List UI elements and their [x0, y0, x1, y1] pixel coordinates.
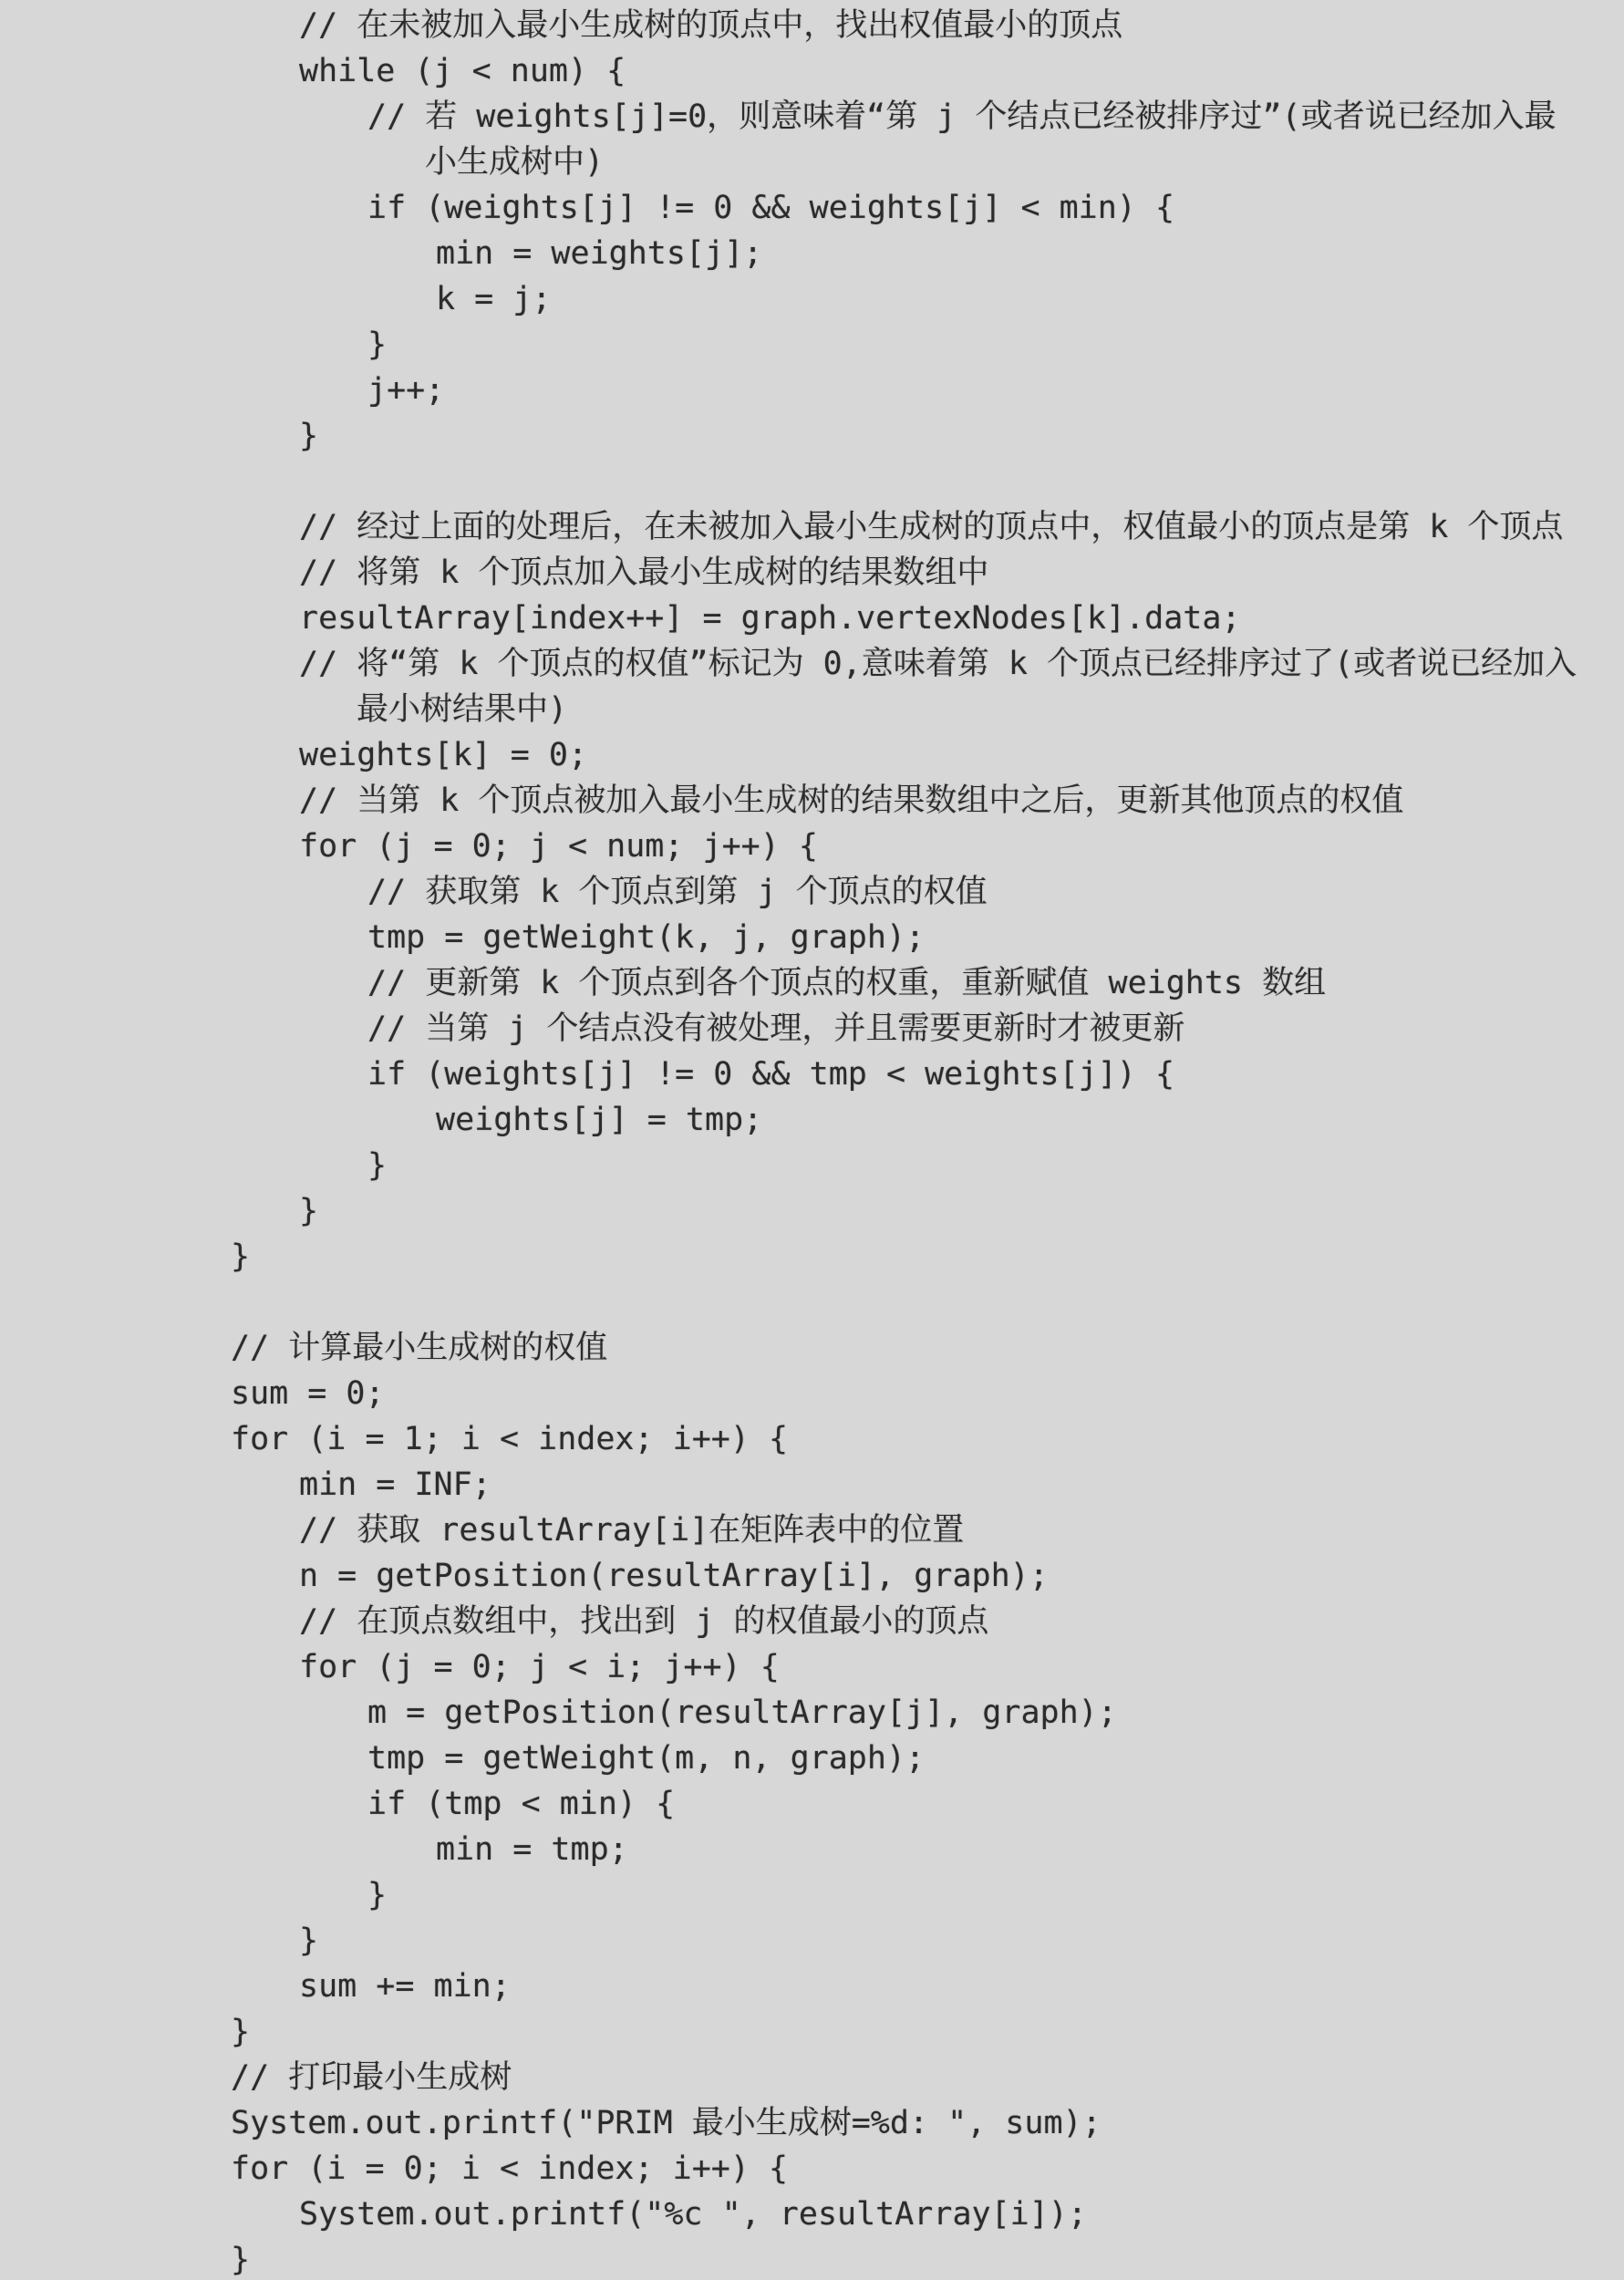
code-line: // 将第 k 个顶点加入最小生成树的结果数组中 — [0, 550, 1624, 596]
code-line: // 更新第 k 个顶点到各个顶点的权重，重新赋值 weights 数组 — [0, 960, 1624, 1006]
code-line: } — [0, 1918, 1624, 1964]
code-line: } — [0, 1143, 1624, 1188]
code-line: if (weights[j] != 0 && weights[j] < min)… — [0, 185, 1624, 231]
code-line: // 当第 k 个顶点被加入最小生成树的结果数组中之后，更新其他顶点的权值 — [0, 778, 1624, 824]
code-line: System.out.printf("PRIM 最小生成树=%d: ", sum… — [0, 2100, 1624, 2146]
code-line: m = getPosition(resultArray[j], graph); — [0, 1690, 1624, 1736]
code-line: // 若 weights[j]=0，则意味着“第 j 个结点已经被排序过”(或者… — [0, 94, 1624, 140]
code-line: k = j; — [0, 276, 1624, 322]
code-line: weights[j] = tmp; — [0, 1097, 1624, 1143]
code-line: min = tmp; — [0, 1827, 1624, 1872]
code-line: // 在顶点数组中，找出到 j 的权值最小的顶点 — [0, 1599, 1624, 1644]
code-line: // 计算最小生成树的权值 — [0, 1325, 1624, 1371]
code-page: // 在未被加入最小生成树的顶点中，找出权值最小的顶点while (j < nu… — [0, 0, 1624, 2280]
code-line: resultArray[index++] = graph.vertexNodes… — [0, 596, 1624, 641]
code-line: // 经过上面的处理后，在未被加入最小生成树的顶点中，权值最小的顶点是第 k 个… — [0, 504, 1624, 550]
code-line: // 获取第 k 个顶点到第 j 个顶点的权值 — [0, 869, 1624, 915]
code-line: // 将“第 k 个顶点的权值”标记为 0,意味着第 k 个顶点已经排序过了(或… — [0, 641, 1624, 687]
code-line: } — [0, 2237, 1624, 2280]
code-listing: // 在未被加入最小生成树的顶点中，找出权值最小的顶点while (j < nu… — [0, 0, 1624, 2280]
code-line: min = weights[j]; — [0, 231, 1624, 276]
code-line: min = INF; — [0, 1462, 1624, 1508]
code-line: while (j < num) { — [0, 48, 1624, 94]
code-line: System.out.printf("%c ", resultArray[i])… — [0, 2192, 1624, 2237]
code-line: } — [0, 1188, 1624, 1234]
code-line: // 当第 j 个结点没有被处理，并且需要更新时才被更新 — [0, 1006, 1624, 1052]
code-line: } — [0, 1872, 1624, 1918]
code-line: n = getPosition(resultArray[i], graph); — [0, 1553, 1624, 1599]
code-line: weights[k] = 0; — [0, 732, 1624, 778]
code-line: tmp = getWeight(m, n, graph); — [0, 1736, 1624, 1781]
code-line: for (j = 0; j < i; j++) { — [0, 1644, 1624, 1690]
code-line: if (tmp < min) { — [0, 1781, 1624, 1827]
blank-line — [0, 1280, 1624, 1325]
code-line: } — [0, 413, 1624, 459]
blank-line — [0, 459, 1624, 504]
code-line: if (weights[j] != 0 && tmp < weights[j])… — [0, 1052, 1624, 1097]
code-line: } — [0, 2009, 1624, 2055]
code-line: 最小树结果中) — [0, 687, 1624, 732]
code-line: for (i = 1; i < index; i++) { — [0, 1416, 1624, 1462]
code-line: for (j = 0; j < num; j++) { — [0, 824, 1624, 869]
code-line: } — [0, 322, 1624, 368]
code-line: j++; — [0, 368, 1624, 413]
code-line: // 打印最小生成树 — [0, 2055, 1624, 2100]
code-line: 小生成树中) — [0, 140, 1624, 185]
code-line: for (i = 0; i < index; i++) { — [0, 2146, 1624, 2192]
code-line: tmp = getWeight(k, j, graph); — [0, 915, 1624, 960]
code-line: sum = 0; — [0, 1371, 1624, 1416]
code-line: sum += min; — [0, 1964, 1624, 2009]
code-line: // 获取 resultArray[i]在矩阵表中的位置 — [0, 1508, 1624, 1553]
code-line: } — [0, 1234, 1624, 1280]
code-line: // 在未被加入最小生成树的顶点中，找出权值最小的顶点 — [0, 3, 1624, 48]
